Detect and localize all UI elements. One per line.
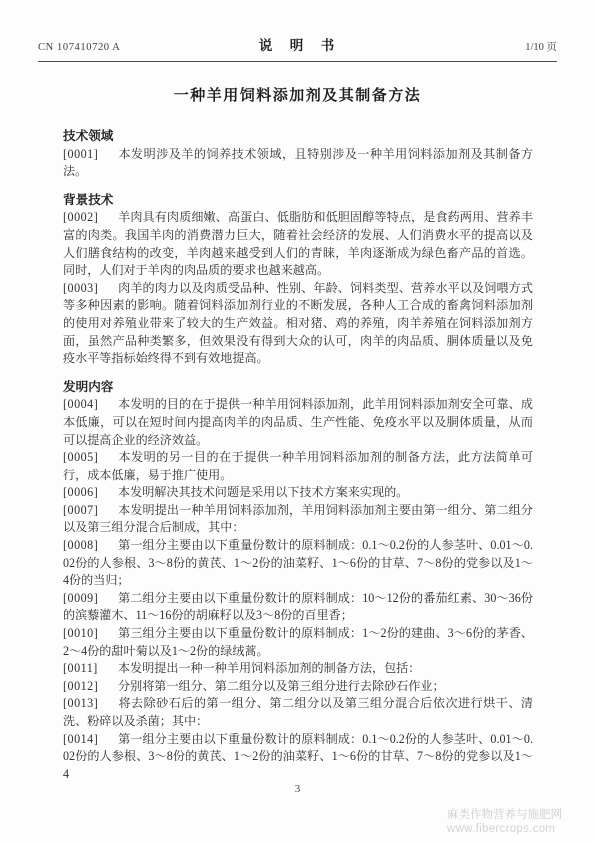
paragraph-text: 第二组分主要由以下重量份数计的原料制成：10～12份的番茄红素、30～36份的滨…	[63, 591, 533, 623]
paragraph-text: 第一组分主要由以下重量份数计的原料制成：0.1～0.2份的人参茎叶、0.01～0…	[63, 538, 533, 587]
invention-title: 一种羊用饲料添加剂及其制备方法	[38, 84, 557, 105]
paragraph-text: 本发明的另一目的在于提供一种羊用饲料添加剂的制备方法，此方法简单可行，成本低廉，…	[63, 450, 533, 482]
paragraph-text: 第一组分主要由以下重量份数计的原料制成：0.1～0.2份的人参茎叶、0.01～0…	[63, 732, 533, 781]
paragraph-text: 本发明的目的在于提供一种羊用饲料添加剂，此羊用饲料添加剂安全可靠、成本低廉，可以…	[63, 397, 533, 446]
paragraph-number: [0006]	[63, 484, 118, 502]
paragraph-number: [0001]	[63, 146, 118, 164]
paragraph-text: 分别将第一组分、第二组分以及第三组分进行去除砂石作业；	[118, 679, 445, 693]
paragraph-number: [0012]	[63, 678, 118, 696]
paragraph: [0002]羊肉具有肉质细嫩、高蛋白、低脂肪和低胆固醇等特点，是食药两用、营养丰…	[63, 209, 533, 279]
paragraph-number: [0007]	[63, 502, 118, 520]
paragraph-number: [0011]	[63, 660, 118, 678]
paragraph-text: 本发明提出一种一种羊用饲料添加剂的制备方法，包括：	[118, 661, 420, 675]
paragraph-number: [0014]	[63, 731, 118, 749]
watermark-text: 麻类作物营养与施肥网	[447, 809, 562, 823]
paragraph: [0004]本发明的目的在于提供一种羊用饲料添加剂，此羊用饲料添加剂安全可靠、成…	[63, 396, 533, 449]
patent-specification-page: CN 107410720 A 说 明 书 1/10 页 一种羊用饲料添加剂及其制…	[0, 0, 595, 842]
watermark-url: www.fibercrops.com	[447, 823, 562, 837]
paragraph-text: 肉羊的肉力以及肉质受品种、性别、年龄、饲料类型、营养水平以及饲喂方式等多种因素的…	[63, 281, 533, 365]
section-heading: 发明内容	[63, 379, 533, 397]
paragraph-number: [0010]	[63, 625, 118, 643]
paragraph: [0007]本发明提出一种羊用饲料添加剂，羊用饲料添加剂主要由第一组分、第二组分…	[63, 502, 533, 537]
paragraph: [0012]分别将第一组分、第二组分以及第三组分进行去除砂石作业；	[63, 678, 533, 696]
paragraph-text: 第三组分主要由以下重量份数计的原料制成：1～2份的建曲、3～6份的茅香、2～4份…	[63, 626, 533, 658]
paragraph-text: 本发明解决其技术问题是采用以下技术方案来实现的。	[118, 485, 408, 499]
page-indicator: 1/10 页	[525, 39, 557, 54]
paragraph: [0005]本发明的另一目的在于提供一种羊用饲料添加剂的制备方法，此方法简单可行…	[63, 449, 533, 484]
document-number: CN 107410720 A	[38, 42, 121, 53]
page-header: CN 107410720 A 说 明 书 1/10 页	[38, 34, 557, 62]
paragraph: [0006]本发明解决其技术问题是采用以下技术方案来实现的。	[63, 484, 533, 502]
paragraph: [0008]第一组分主要由以下重量份数计的原料制成：0.1～0.2份的人参茎叶、…	[63, 537, 533, 590]
paragraph: [0013]将去除砂石后的第一组分、第二组分以及第三组分混合后依次进行烘干、清洗…	[63, 695, 533, 730]
paragraph-number: [0008]	[63, 537, 118, 555]
paragraph-number: [0009]	[63, 590, 118, 608]
paragraph: [0001]本发明涉及羊的饲养技术领域，且特别涉及一种羊用饲料添加剂及其制备方法…	[63, 146, 533, 181]
document-type-title: 说 明 书	[259, 34, 337, 54]
paragraph: [0011]本发明提出一种一种羊用饲料添加剂的制备方法，包括：	[63, 660, 533, 678]
document-body: 技术领域[0001]本发明涉及羊的饲养技术领域，且特别涉及一种羊用饲料添加剂及其…	[63, 128, 533, 783]
watermark: 麻类作物营养与施肥网 www.fibercrops.com	[447, 809, 562, 836]
paragraph: [0003]肉羊的肉力以及肉质受品种、性别、年龄、饲料类型、营养水平以及饲喂方式…	[63, 280, 533, 368]
paragraph: [0009]第二组分主要由以下重量份数计的原料制成：10～12份的番茄红素、30…	[63, 590, 533, 625]
paragraph-text: 本发明提出一种羊用饲料添加剂，羊用饲料添加剂主要由第一组分、第二组分以及第三组分…	[63, 503, 533, 535]
paragraph-text: 将去除砂石后的第一组分、第二组分以及第三组分混合后依次进行烘干、清洗、粉碎以及杀…	[63, 696, 533, 728]
page-number: 3	[0, 783, 595, 795]
paragraph-number: [0005]	[63, 449, 118, 467]
paragraph: [0014]第一组分主要由以下重量份数计的原料制成：0.1～0.2份的人参茎叶、…	[63, 731, 533, 784]
section-heading: 背景技术	[63, 192, 533, 210]
paragraph-number: [0013]	[63, 695, 118, 713]
paragraph-text: 本发明涉及羊的饲养技术领域，且特别涉及一种羊用饲料添加剂及其制备方法。	[63, 147, 533, 179]
paragraph-number: [0004]	[63, 396, 118, 414]
paragraph-text: 羊肉具有肉质细嫩、高蛋白、低脂肪和低胆固醇等特点，是食药两用、营养丰富的肉类。我…	[63, 210, 533, 277]
paragraph: [0010]第三组分主要由以下重量份数计的原料制成：1～2份的建曲、3～6份的茅…	[63, 625, 533, 660]
section-heading: 技术领域	[63, 128, 533, 146]
paragraph-number: [0002]	[63, 209, 118, 227]
paragraph-number: [0003]	[63, 280, 118, 298]
